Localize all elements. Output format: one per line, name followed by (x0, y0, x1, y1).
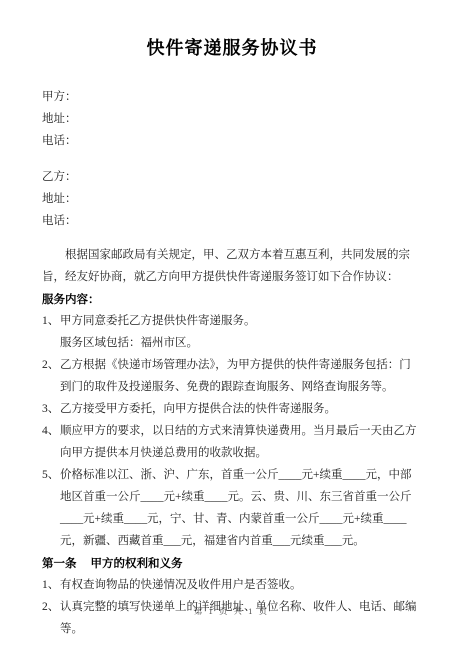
article-1-item-2-text: 认真完整的填写快递单上的详细地址、单位名称、收件人、电话、邮编等。 (60, 596, 422, 640)
service-item-1: 1、 甲方同意委托乙方提供快件寄递服务。 服务区域包括：福州市区。 (42, 310, 422, 354)
service-item-4-text: 顺应甲方的要求，以日结的方式来清算快递费用。当月最后一天由乙方向甲方提供本月快递… (60, 420, 422, 464)
service-item-1-text: 甲方同意委托乙方提供快件寄递服务。 服务区域包括：福州市区。 (60, 310, 422, 354)
document-title: 快件寄递服务协议书 (42, 34, 422, 60)
article-1-item-1-number: 1、 (42, 574, 60, 596)
services-heading: 服务内容： (42, 288, 422, 310)
service-item-5: 5、 价格标准以江、浙、沪、广东，首重一公斤____元+续重____元，中部地区… (42, 464, 422, 552)
service-item-4: 4、 顺应甲方的要求，以日结的方式来清算快递费用。当月最后一天由乙方向甲方提供本… (42, 420, 422, 464)
article-1-item-2: 2、 认真完整的填写快递单上的详细地址、单位名称、收件人、电话、邮编等。 (42, 596, 422, 640)
service-item-4-number: 4、 (42, 420, 60, 464)
intro-paragraph: 根据国家邮政局有关规定，甲、乙双方本着互惠互利，共同发展的宗旨，经友好协商，就乙… (42, 244, 422, 288)
service-item-3: 3、 乙方接受甲方委托，向甲方提供合法的快件寄递服务。 (42, 398, 422, 420)
article-1-number: 第一条 (42, 556, 77, 570)
service-item-3-number: 3、 (42, 398, 60, 420)
service-item-1-number: 1、 (42, 310, 60, 354)
article-1-item-2-number: 2、 (42, 596, 60, 640)
service-item-5-text: 价格标准以江、浙、沪、广东，首重一公斤____元+续重____元，中部地区首重一… (60, 464, 422, 552)
party-b-phone-label: 电话： (42, 210, 422, 232)
party-a-name-label: 甲方： (42, 86, 422, 108)
document-page: 快件寄递服务协议书 甲方： 地址： 电话： 乙方： 地址： 电话： 根据国家邮政… (0, 0, 463, 655)
article-1-heading: 第一条甲方的权利和义务 (42, 552, 422, 574)
blank-line (42, 152, 422, 166)
page-number-footer: 第 1 页 共 1 页 (0, 604, 463, 618)
article-1-item-1-text: 有权查询物品的快递情况及收件用户是否签收。 (60, 574, 422, 596)
service-item-2-number: 2、 (42, 354, 60, 398)
service-item-2: 2、 乙方根据《快递市场管理办法》，为甲方提供的快件寄递服务包括：门到门的取件及… (42, 354, 422, 398)
service-item-3-text: 乙方接受甲方委托，向甲方提供合法的快件寄递服务。 (60, 398, 422, 420)
party-a-phone-label: 电话： (42, 130, 422, 152)
article-1-title: 甲方的权利和义务 (91, 556, 183, 570)
party-b-name-label: 乙方： (42, 166, 422, 188)
article-1-item-1: 1、 有权查询物品的快递情况及收件用户是否签收。 (42, 574, 422, 596)
party-a-address-label: 地址： (42, 108, 422, 130)
service-item-5-number: 5、 (42, 464, 60, 552)
service-item-2-text: 乙方根据《快递市场管理办法》，为甲方提供的快件寄递服务包括：门到门的取件及投递服… (60, 354, 422, 398)
party-b-address-label: 地址： (42, 188, 422, 210)
